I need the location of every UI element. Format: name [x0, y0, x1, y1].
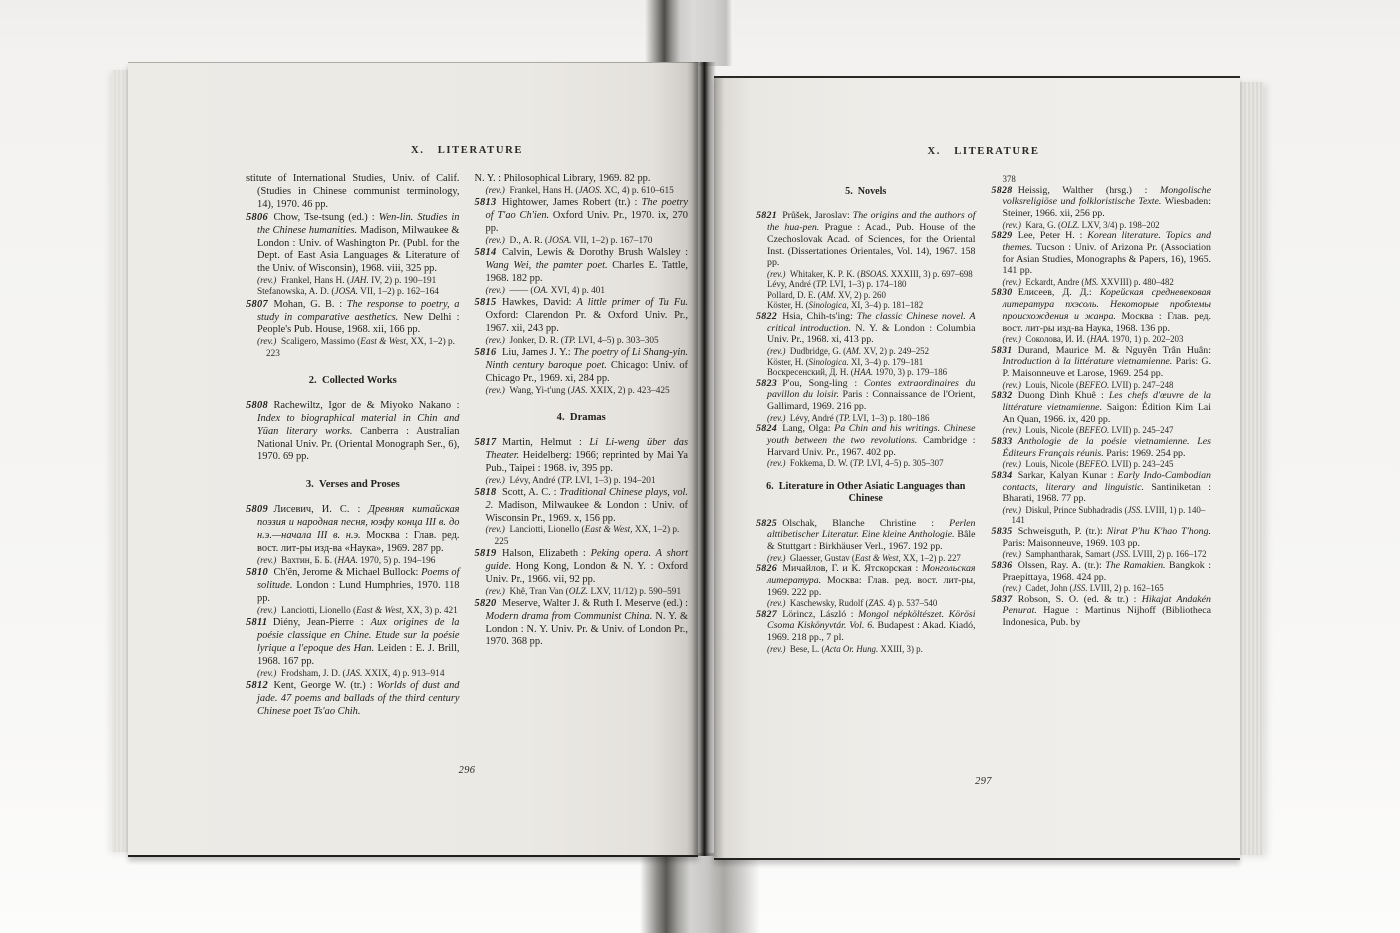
italic-text: TP.: [564, 336, 576, 346]
italic-text: (rev.): [257, 606, 276, 616]
roman-text: Eckardt, Andre (: [1021, 277, 1084, 287]
review-line: (rev.) Eckardt, Andre (MS. XXVIII) p. 48…: [992, 277, 1212, 288]
roman-text: Diskul, Prince Subhadradis (: [1021, 505, 1128, 515]
roman-text: Scott, A. C. :: [502, 487, 559, 498]
roman-text: Chow, Tse-tsung (ed.) :: [273, 212, 378, 223]
entry-5823: 5823 P'ou, Song-ling : Contes extraordin…: [756, 378, 976, 413]
review-line: Köster, H. (Sinologica, XI, 3–4) p. 181–…: [756, 300, 976, 311]
entry-5836: 5836 Olssen, Ray. A. (tr.): The Ramakien…: [992, 560, 1212, 583]
entry-number: 5814: [475, 247, 502, 258]
entry-5831: 5831 Durand, Maurice M. & Nguyên Trân Hu…: [992, 345, 1212, 380]
italic-text: JOSA.: [334, 287, 358, 297]
roman-text: 1970, 1) p. 202–203: [1109, 334, 1183, 344]
roman-text: stitute of International Studies, Univ. …: [246, 173, 460, 210]
review-line: (rev.) Louis, Nicole (BEFEO. LVII) p. 24…: [992, 425, 1212, 436]
italic-text: (rev.): [486, 525, 505, 535]
entry-5822: 5822 Hsia, Chih-ts'ing: The classic Chin…: [756, 311, 976, 346]
roman-text: Duong Dình Khuê :: [1018, 390, 1109, 401]
italic-text: Wang Wei, the pamter poet.: [486, 260, 608, 271]
entry-number: 5813: [475, 197, 502, 208]
review-line: (rev.) Kaschewsky, Rudolf (ZAS. 4) p. 53…: [756, 598, 976, 609]
italic-text: BSOAS.: [860, 269, 888, 279]
page-stack-right-edge: [1238, 82, 1263, 855]
review-line: (rev.) Wang, Yi-t'ung (JAS. XXIX, 2) p. …: [475, 386, 689, 397]
entry-5827: 5827 Lörincz, László : Mongol népköltész…: [756, 609, 976, 644]
roman-text: Meserve, Walter J. & Ruth I. Meserve (ed…: [502, 598, 688, 609]
roman-text: Pollard, D. E. (: [767, 290, 821, 300]
italic-text: HAA.: [337, 556, 357, 566]
roman-text: Halson, Elizabeth :: [502, 548, 591, 559]
roman-text: XXVIII) p. 480–482: [1098, 277, 1173, 287]
entry-5812: 5812 Kent, George W. (tr.) : Worlds of d…: [246, 680, 460, 719]
italic-text: MS.: [1084, 277, 1098, 287]
text-column: N. Y. : Philosophical Library, 1969. 82 …: [475, 173, 689, 719]
entry-continuation: N. Y. : Philosophical Library, 1969. 82 …: [475, 173, 689, 186]
roman-text: 1970, 3) p. 179–186: [873, 367, 947, 377]
italic-text: HAA.: [854, 367, 873, 377]
roman-text: Елисеев, Д. Д.:: [1018, 287, 1100, 298]
roman-text: Lanciotti, Lionello (: [505, 525, 585, 535]
roman-text: Cadet, John (: [1021, 583, 1073, 593]
running-head-left: X. LITERATURE: [246, 145, 688, 156]
entry-5819: 5819 Halson, Elizabeth : Peking opera. A…: [475, 548, 689, 587]
italic-text: TP.: [839, 413, 850, 423]
italic-text: East & West,: [356, 606, 404, 616]
review-line: (rev.) Вахтин, Б. Б. (HAA. 1970, 5) p. 1…: [246, 556, 460, 567]
roman-text: Oxford: Clarendon Pr. & Oxford Univ. Pr.…: [486, 310, 689, 334]
entry-5811: 5811 Diény, Jean-Pierre : Aux origines d…: [246, 617, 460, 669]
roman-text: Rachewiltz, Igor de & Miyoko Nakano :: [273, 400, 459, 411]
left-page-columns: stitute of International Studies, Univ. …: [246, 173, 688, 719]
italic-text: Acta Or. Hung.: [824, 644, 878, 654]
review-line: (rev.) Whitaker, K. P. K. (BSOAS. XXXIII…: [756, 269, 976, 280]
roman-text: Мичайлов, Г. и К. Ятскорская :: [782, 563, 922, 574]
italic-text: (rev.): [767, 269, 785, 279]
italic-text: East & West,: [585, 525, 633, 535]
book-photo: X. LITERATURE stitute of International S…: [0, 0, 1400, 933]
entry-number: 5819: [475, 548, 502, 559]
page-number-left: 296: [246, 765, 688, 776]
roman-text: XX, 3) p. 421: [404, 606, 458, 616]
italic-text: JOSA.: [548, 236, 572, 246]
entry-number: 5808: [246, 400, 273, 411]
roman-text: LXV, 11/12) p. 590–591: [588, 587, 681, 597]
italic-text: (rev.): [767, 644, 785, 654]
roman-text: LVII) p. 245–247: [1109, 425, 1173, 435]
roman-text: LXV, 3/4) p. 198–202: [1079, 220, 1159, 230]
entry-number: 5811: [246, 617, 273, 628]
roman-text: XX, 1–2) p. 227: [901, 553, 961, 563]
roman-text: Martin, Helmut :: [502, 437, 589, 448]
entry-number: 5828: [992, 185, 1018, 196]
entry-number: 5825: [756, 518, 782, 529]
review-line: (rev.) Jonker, D. R. (TP. LVI, 4–5) p. 3…: [475, 336, 689, 347]
roman-text: XXIX, 4) p. 913–914: [362, 669, 444, 679]
italic-text: JSS.: [1127, 505, 1142, 515]
italic-text: (rev.): [486, 286, 505, 296]
roman-text: Лисевич, И. С. :: [273, 504, 368, 515]
entry-5833: 5833 Anthologie de la poésie vietnamienn…: [992, 436, 1212, 459]
review-line: (rev.) Lévy, André (TP. LVI, 1–3) p. 180…: [756, 413, 976, 424]
review-line: (rev.) D., A. R. (JOSA. VII, 1–2) p. 167…: [475, 236, 689, 247]
roman-text: Louis, Nicole (: [1021, 380, 1079, 390]
entry-number: 5833: [992, 436, 1018, 447]
roman-text: Kaschewsky, Rudolf (: [785, 598, 868, 608]
italic-text: BEFEO.: [1079, 380, 1109, 390]
roman-text: Tucson : Univ. of Arizona Pr. (Associati…: [1003, 242, 1212, 276]
entry-number: 5836: [992, 560, 1018, 571]
roman-text: Lévy, André (: [505, 476, 561, 486]
roman-text: Frankel, Hans H. (: [276, 276, 350, 286]
roman-text: XVI, 4) p. 401: [548, 286, 605, 296]
italic-text: (rev.): [257, 276, 276, 286]
roman-text: Olschak, Blanche Christine :: [782, 518, 949, 529]
roman-text: LVIII, 2) p. 162–165: [1088, 583, 1164, 593]
roman-text: IV, 2) p. 190–191: [369, 276, 437, 286]
italic-text: (rev.): [767, 598, 785, 608]
italic-text: ZAS.: [868, 598, 885, 608]
review-line: (rev.) Glaesser, Gustav (East & West, XX…: [756, 553, 976, 564]
entry-number: 5810: [246, 567, 273, 578]
roman-text: XV, 2) p. 260: [836, 290, 886, 300]
roman-text: Durand, Maurice M. & Nguyên Trân Huân:: [1018, 345, 1211, 356]
entry-5810: 5810 Ch'ên, Jerome & Michael Bullock: Po…: [246, 567, 460, 606]
italic-text: (rev.): [1003, 380, 1021, 390]
italic-text: Introduction à la littérature vietnamien…: [1003, 356, 1173, 367]
entry-number: 5815: [475, 297, 502, 308]
italic-text: JAH.: [350, 276, 369, 286]
section-heading: 4. Dramas: [481, 411, 683, 424]
entry-number: 5821: [756, 210, 782, 221]
entry-number: 5807: [246, 299, 273, 310]
roman-text: Воскресенский, Д. Н. (: [767, 367, 854, 377]
italic-text: BEFEO.: [1079, 425, 1109, 435]
review-line: Stefanowska, A. D. (JOSA. VII, 1–2) p. 1…: [246, 287, 460, 298]
section-heading: 2. Collected Works: [252, 374, 454, 387]
roman-text: VII, 1–2) p. 167–170: [572, 236, 653, 246]
italic-text: (rev.): [1003, 459, 1021, 469]
review-line: (rev.) Frankel, Hans H. (JAOS. XC, 4) p.…: [475, 186, 689, 197]
roman-text: XC, 4) p. 610–615: [602, 186, 674, 196]
entry-5835: 5835 Schweisguth, P. (tr.): Nirat P'hu K…: [992, 526, 1212, 549]
right-page-columns: 5. Novels5821 Průšek, Jaroslav: The orig…: [756, 174, 1211, 654]
entry-5834: 5834 Sarkar, Kalyan Kunar : Early Indo-C…: [992, 470, 1212, 505]
review-line: Lévy, André (TP. LVI, 1–3) p. 174–180: [756, 279, 976, 290]
roman-text: Frankel, Hans H. (: [505, 186, 579, 196]
roman-text: LVIII, 2) p. 166–172: [1130, 549, 1206, 559]
roman-text: Wang, Yi-t'ung (: [505, 386, 571, 396]
entry-number: 5812: [246, 680, 273, 691]
entry-number: 5822: [756, 311, 782, 322]
entry-5813: 5813 Hightower, James Robert (tr.) : The…: [475, 197, 689, 236]
roman-text: Frodsham, J. D. (: [276, 669, 345, 679]
entry-number: 5834: [992, 470, 1018, 481]
entry-5809: 5809 Лисевич, И. С. : Древняя китайская …: [246, 504, 460, 556]
roman-text: Hightower, James Robert (tr.) :: [502, 197, 642, 208]
right-page: X. LITERATURE 5. Novels5821 Průšek, Jaro…: [714, 76, 1240, 860]
roman-text: Stefanowska, A. D. (: [257, 287, 334, 297]
roman-text: D., A. R. (: [505, 236, 548, 246]
roman-text: Madison, Milwaukee & London : Univ. of W…: [486, 500, 689, 524]
page-number-right: 297: [756, 776, 1211, 787]
italic-text: Sinologica.: [809, 357, 849, 367]
italic-text: (rev.): [486, 476, 505, 486]
entry-5826: 5826 Мичайлов, Г. и К. Ятскорская : Монг…: [756, 563, 976, 598]
entry-5816: 5816 Liu, James J. Y.: The poetry of Li …: [475, 347, 689, 386]
entry-number: 5837: [992, 594, 1018, 605]
roman-text: Diény, Jean-Pierre :: [273, 617, 371, 628]
roman-text: XI, 3–4) p. 179–181: [849, 357, 923, 367]
review-line: Воскресенский, Д. Н. (HAA. 1970, 3) p. 1…: [756, 367, 976, 378]
review-line: (rev.) Louis, Nicole (BEFEO. LVII) p. 24…: [992, 380, 1212, 391]
roman-text: Samphantharak, Samart (: [1021, 549, 1115, 559]
entry-number: 5820: [475, 598, 502, 609]
roman-text: N. Y. : Philosophical Library, 1969. 82 …: [475, 173, 651, 184]
section-heading: 3. Verses and Proses: [252, 478, 454, 491]
roman-text: Olssen, Ray. A. (tr.):: [1018, 560, 1106, 571]
review-line: (rev.) Scaligero, Massimo (East & West, …: [246, 337, 460, 359]
entry-number: 5831: [992, 345, 1018, 356]
entry-5820: 5820 Meserve, Walter J. & Ruth I. Meserv…: [475, 598, 689, 650]
entry-5807: 5807 Mohan, G. B. : The response to poet…: [246, 299, 460, 338]
italic-text: (rev.): [1003, 505, 1021, 515]
roman-text: VII, 1–2) p. 162–164: [358, 287, 439, 297]
italic-text: JSS.: [1115, 549, 1130, 559]
italic-text: (rev.): [486, 336, 505, 346]
roman-text: LVII) p. 247–248: [1109, 380, 1173, 390]
italic-text: (rev.): [1003, 334, 1021, 344]
entry-5837: 5837 Robson, S. O. (ed. & tr.) : Hikajat…: [992, 594, 1212, 629]
italic-text: East & West,: [855, 553, 901, 563]
roman-text: Paris: 1969. 254 pp.: [1104, 448, 1186, 459]
italic-text: (rev.): [1003, 220, 1021, 230]
entry-continuation: stitute of International Studies, Univ. …: [246, 173, 460, 212]
roman-text: Lanciotti, Lionello (: [276, 606, 356, 616]
entry-5828: 5828 Heissig, Walther (hrsg.) : Mongolis…: [992, 185, 1212, 220]
entry-number: 5818: [475, 487, 502, 498]
text-column: 5. Novels5821 Průšek, Jaroslav: The orig…: [756, 174, 976, 654]
review-line: (rev.) —— (OA. XVI, 4) p. 401: [475, 286, 689, 297]
book-spine-bottom: [640, 853, 760, 933]
roman-text: Khê, Tran Van (: [505, 587, 569, 597]
roman-text: P'ou, Song-ling :: [782, 378, 864, 389]
entry-number: 5835: [992, 526, 1018, 537]
roman-text: Lörincz, László :: [782, 609, 858, 620]
italic-text: AM.: [846, 346, 861, 356]
roman-text: Schweisguth, P. (tr.):: [1018, 526, 1107, 537]
entry-number: 5824: [756, 423, 782, 434]
roman-text: LVII) p. 243–245: [1109, 459, 1173, 469]
roman-text: 4) p. 537–540: [885, 598, 937, 608]
review-line: (rev.) Kara, G. (OLZ. LXV, 3/4) p. 198–2…: [992, 220, 1212, 231]
roman-text: Robson, S. O. (ed. & tr.) :: [1018, 594, 1142, 605]
italic-text: (rev.): [767, 413, 785, 423]
review-line: (rev.) Cadet, John (JSS. LVIII, 2) p. 16…: [992, 583, 1212, 594]
italic-text: (rev.): [1003, 277, 1021, 287]
roman-text: Köster, H. (: [767, 300, 809, 310]
roman-text: 1970, 5) p. 194–196: [358, 556, 435, 566]
entry-number: 5817: [475, 437, 502, 448]
entry-5817: 5817 Martin, Helmut : Li Li-weng über da…: [475, 437, 689, 476]
roman-text: 378: [1003, 174, 1016, 184]
roman-text: —— (: [505, 286, 534, 296]
entry-5821: 5821 Průšek, Jaroslav: The origins and t…: [756, 210, 976, 269]
roman-text: Jonker, D. R. (: [505, 336, 564, 346]
roman-text: Liu, James J. Y.:: [502, 347, 573, 358]
italic-text: HAA.: [1090, 334, 1109, 344]
roman-text: Scaligero, Massimo (: [276, 337, 360, 347]
review-line: (rev.) Dudbridge, G. (AM. XV, 2) p. 249–…: [756, 346, 976, 357]
roman-text: Вахтин, Б. Б. (: [276, 556, 337, 566]
review-line: (rev.) Lanciotti, Lionello (East & West,…: [246, 606, 460, 617]
italic-text: East & West,: [360, 337, 408, 347]
italic-text: TP.: [816, 279, 827, 289]
entry-5824: 5824 Lang, Olga: Pa Chin and his writing…: [756, 423, 976, 458]
review-line: 378: [992, 174, 1212, 185]
roman-text: Dudbridge, G. (: [785, 346, 846, 356]
entry-number: 5806: [246, 212, 273, 223]
roman-text: XV, 2) p. 249–252: [861, 346, 929, 356]
entry-5830: 5830 Елисеев, Д. Д.: Корейская средневек…: [992, 287, 1212, 334]
italic-text: OLZ.: [569, 587, 588, 597]
italic-text: (rev.): [1003, 425, 1021, 435]
review-line: (rev.) Khê, Tran Van (OLZ. LXV, 11/12) p…: [475, 587, 689, 598]
roman-text: Heissig, Walther (hrsg.) :: [1018, 185, 1160, 196]
roman-text: Louis, Nicole (: [1021, 425, 1079, 435]
roman-text: Hong Kong, London & N. Y. : Oxford Univ.…: [486, 561, 689, 585]
entry-5814: 5814 Calvin, Lewis & Dorothy Brush Walsl…: [475, 247, 689, 286]
italic-text: (rev.): [486, 587, 505, 597]
entry-5808: 5808 Rachewiltz, Igor de & Miyoko Nakano…: [246, 400, 460, 465]
italic-text: JSS.: [1073, 583, 1088, 593]
italic-text: (rev.): [257, 337, 276, 347]
roman-text: LVI, 1–3) p. 180–186: [850, 413, 929, 423]
italic-text: JAS.: [346, 669, 363, 679]
roman-text: XI, 3–4) p. 181–182: [849, 300, 923, 310]
italic-text: OLZ.: [1061, 220, 1080, 230]
roman-text: Průšek, Jaroslav:: [782, 210, 853, 221]
italic-text: The Ramakien.: [1105, 560, 1165, 571]
running-head-right: X. LITERATURE: [756, 146, 1211, 157]
roman-text: Ch'ên, Jerome & Michael Bullock:: [273, 567, 421, 578]
review-line: (rev.) Lévy, André (TP. LVI, 1–3) p. 194…: [475, 476, 689, 487]
entry-5829: 5829 Lee, Peter H. : Korean literature. …: [992, 230, 1212, 277]
roman-text: LVI, 1–3) p. 174–180: [827, 279, 906, 289]
italic-text: JAS.: [571, 386, 588, 396]
roman-text: Hsia, Chih-ts'ing:: [782, 311, 857, 322]
roman-text: LVI, 4–5) p. 303–305: [576, 336, 659, 346]
italic-text: AM.: [821, 290, 836, 300]
roman-text: LVI, 1–3) p. 194–201: [573, 476, 656, 486]
italic-text: OA.: [534, 286, 549, 296]
entry-5825: 5825 Olschak, Blanche Christine : Perlen…: [756, 518, 976, 553]
review-line: (rev.) Frodsham, J. D. (JAS. XXIX, 4) p.…: [246, 669, 460, 680]
roman-text: Mohan, G. B. :: [273, 299, 346, 310]
italic-text: BEFEO.: [1079, 459, 1109, 469]
review-line: (rev.) Frankel, Hans H. (JAH. IV, 2) p. …: [246, 276, 460, 287]
left-page: X. LITERATURE stitute of International S…: [128, 62, 698, 857]
section-heading: 6. Literature in Other Asiatic Languages…: [764, 481, 968, 506]
entry-number: 5829: [992, 230, 1018, 241]
review-line: (rev.) Fokkema, D. W. (TP. LVI, 4–5) p. …: [756, 458, 976, 469]
roman-text: Glaesser, Gustav (: [785, 553, 854, 563]
entry-5832: 5832 Duong Dình Khuê : Les chefs d'œuvre…: [992, 390, 1212, 425]
italic-text: Nirat P'hu K'hao T'hong.: [1107, 526, 1211, 537]
italic-text: A little primer of Tu Fu.: [577, 297, 689, 308]
review-line: Pollard, D. E. (AM. XV, 2) p. 260: [756, 290, 976, 301]
roman-text: Whitaker, K. P. K. (: [785, 269, 860, 279]
roman-text: Paris: Maisonneuve, 1969. 103 pp.: [1003, 538, 1140, 549]
roman-text: XXXIII, 3) p. 697–698: [888, 269, 972, 279]
entry-number: 5809: [246, 504, 273, 515]
entry-number: 5826: [756, 563, 782, 574]
review-line: (rev.) Diskul, Prince Subhadradis (JSS. …: [992, 505, 1212, 526]
italic-text: TP.: [561, 476, 573, 486]
roman-text: Соколова, И. И. (: [1021, 334, 1090, 344]
italic-text: (rev.): [486, 186, 505, 196]
entry-number: 5823: [756, 378, 782, 389]
roman-text: Hawkes, David:: [502, 297, 577, 308]
roman-text: Fokkema, D. W. (: [785, 458, 853, 468]
italic-text: JAOS.: [578, 186, 602, 196]
roman-text: XXIII, 3) p.: [878, 644, 923, 654]
review-line: (rev.) Соколова, И. И. (HAA. 1970, 1) p.…: [992, 334, 1212, 345]
roman-text: Köster, H. (: [767, 357, 809, 367]
roman-text: Lévy, André (: [785, 413, 838, 423]
italic-text: (rev.): [486, 236, 505, 246]
roman-text: Lee, Peter H. :: [1018, 230, 1088, 241]
roman-text: Lévy, André (: [767, 279, 816, 289]
italic-text: Sinologica,: [809, 300, 849, 310]
review-line: Köster, H. (Sinologica. XI, 3–4) p. 179–…: [756, 357, 976, 368]
italic-text: (rev.): [767, 458, 785, 468]
italic-text: Modern drama from Communist China.: [486, 611, 653, 622]
italic-text: TP.: [853, 458, 864, 468]
roman-text: Louis, Nicole (: [1021, 459, 1079, 469]
roman-text: Bese, L. (: [785, 644, 824, 654]
review-line: (rev.) Louis, Nicole (BEFEO. LVII) p. 24…: [992, 459, 1212, 470]
roman-text: Kent, George W. (tr.) :: [273, 680, 376, 691]
italic-text: (rev.): [486, 386, 505, 396]
entry-number: 5827: [756, 609, 782, 620]
text-column: 3785828 Heissig, Walther (hrsg.) : Mongo…: [992, 174, 1212, 654]
roman-text: Kara, G. (: [1021, 220, 1061, 230]
entry-5806: 5806 Chow, Tse-tsung (ed.) : Wen-lin. St…: [246, 212, 460, 277]
roman-text: XXIX, 2) p. 423–425: [588, 386, 670, 396]
roman-text: LVI, 4–5) p. 305–307: [864, 458, 943, 468]
entry-5818: 5818 Scott, A. C. : Traditional Chinese …: [475, 487, 689, 526]
roman-text: Lang, Olga:: [782, 423, 834, 434]
roman-text: Calvin, Lewis & Dorothy Brush Walsley :: [502, 247, 688, 258]
italic-text: (rev.): [767, 553, 785, 563]
italic-text: (rev.): [1003, 549, 1021, 559]
entry-number: 5832: [992, 390, 1018, 401]
right-page-content: X. LITERATURE 5. Novels5821 Průšek, Jaro…: [756, 146, 1211, 654]
entry-number: 5830: [992, 287, 1018, 298]
left-page-content: X. LITERATURE stitute of International S…: [246, 145, 688, 719]
text-column: stitute of International Studies, Univ. …: [246, 173, 460, 719]
roman-text: Sarkar, Kalyan Kunar :: [1018, 470, 1118, 481]
review-line: (rev.) Samphantharak, Samart (JSS. LVIII…: [992, 549, 1212, 560]
book-spine-top: [645, 0, 733, 66]
italic-text: (rev.): [1003, 583, 1021, 593]
section-heading: 5. Novels: [764, 186, 968, 198]
italic-text: (rev.): [257, 669, 276, 679]
italic-text: (rev.): [767, 346, 785, 356]
review-line: (rev.) Bese, L. (Acta Or. Hung. XXIII, 3…: [756, 644, 976, 655]
entry-number: 5816: [475, 347, 502, 358]
spine-gutter-shadow: [692, 62, 716, 856]
